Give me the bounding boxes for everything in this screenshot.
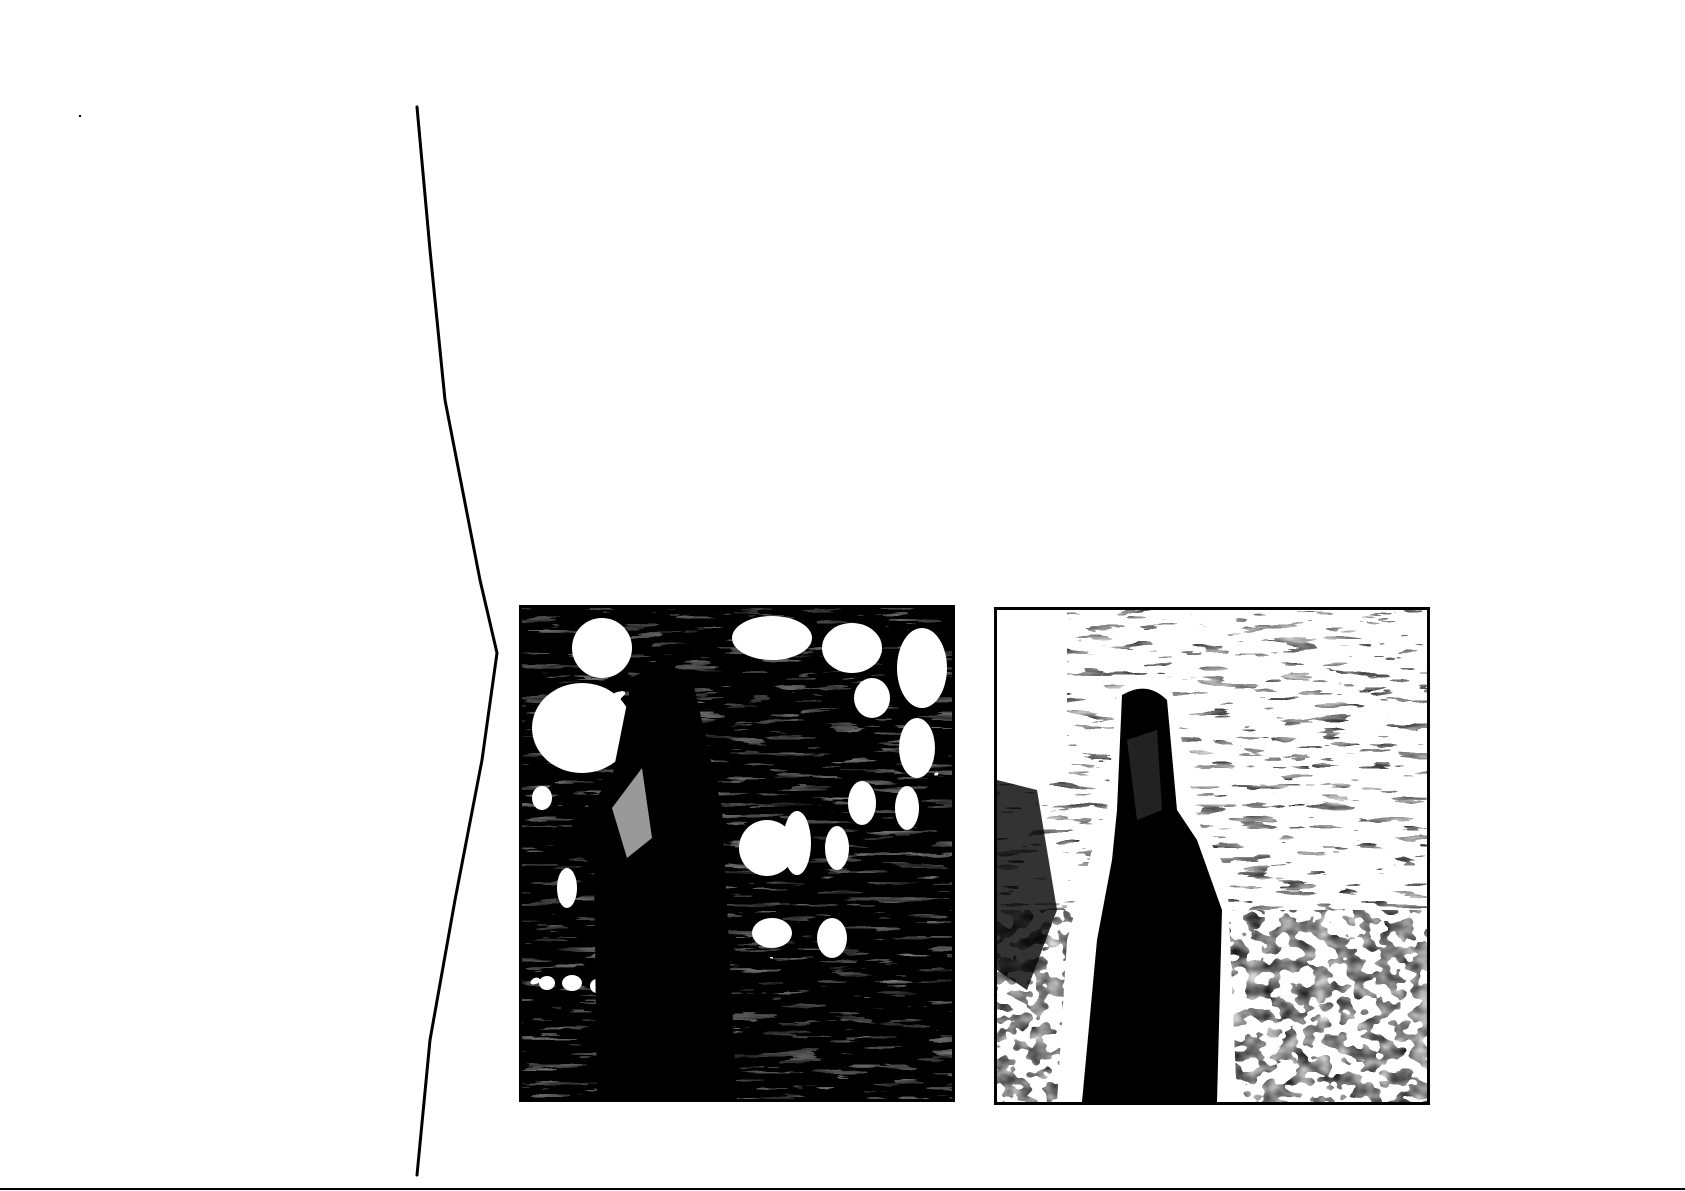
bottom-rule — [0, 1188, 1685, 1190]
photo-2-image — [997, 610, 1427, 1102]
document-page — [0, 0, 1685, 1191]
photograph-person-2 — [994, 607, 1430, 1105]
photograph-person-1 — [519, 605, 955, 1102]
scan-speck — [79, 115, 81, 117]
photo-1-image — [522, 608, 952, 1099]
